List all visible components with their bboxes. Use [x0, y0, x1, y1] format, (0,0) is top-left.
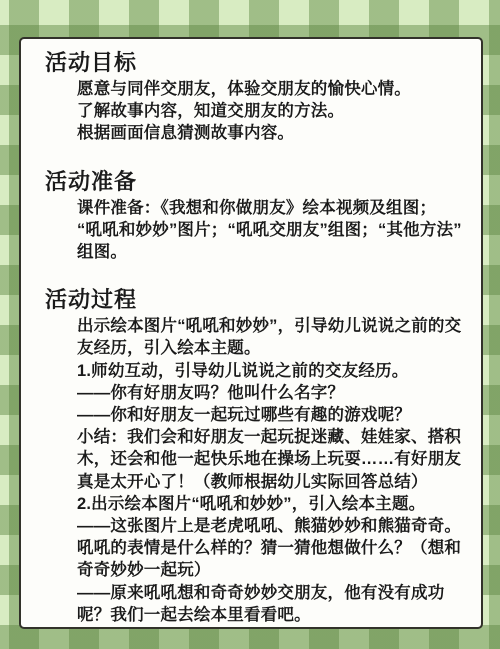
body-line: 课件准备：《我想和你做朋友》绘本视频及组图；	[77, 197, 459, 219]
body-line: 真是太开心了！（教师根据幼儿实际回答总结）	[77, 471, 459, 493]
body-line: ——原来吼吼想和奇奇妙妙交朋友，他有没有成功	[77, 582, 459, 604]
lesson-plan-card: 活动目标 愿意与同伴交朋友，体验交朋友的愉快心情。了解故事内容，知道交朋友的方法…	[19, 37, 483, 629]
body-line: ——你和好朋友一起玩过哪些有趣的游戏呢？	[77, 404, 459, 426]
lesson-section: 活动准备 课件准备：《我想和你做朋友》绘本视频及组图；“吼吼和妙妙”图片；“吼吼…	[45, 169, 459, 264]
lesson-section: 活动目标 愿意与同伴交朋友，体验交朋友的愉快心情。了解故事内容，知道交朋友的方法…	[45, 50, 459, 145]
body-line: 木，还会和他一起快乐地在操场上玩耍……有好朋友	[77, 448, 459, 470]
section-heading: 活动目标	[45, 50, 459, 76]
body-line: 了解故事内容，知道交朋友的方法。	[77, 100, 459, 122]
body-line: 1.师幼互动，引导幼儿说说之前的交友经历。	[77, 360, 459, 382]
body-line: 友经历，引入绘本主题。	[77, 337, 459, 359]
body-line: 根据画面信息猜测故事内容。	[77, 122, 459, 144]
body-line: 组图。	[77, 241, 459, 263]
section-heading: 活动准备	[45, 169, 459, 195]
body-line: “吼吼和妙妙”图片；“吼吼交朋友”组图；“其他方法”	[77, 219, 459, 241]
section-heading: 活动过程	[45, 287, 459, 313]
lesson-section: 活动过程 出示绘本图片“吼吼和妙妙”，引导幼儿说说之前的交友经历，引入绘本主题。…	[45, 287, 459, 626]
body-line: 小结：我们会和好朋友一起玩捉迷藏、娃娃家、搭积	[77, 426, 459, 448]
body-line: 愿意与同伴交朋友，体验交朋友的愉快心情。	[77, 78, 459, 100]
body-line: 出示绘本图片“吼吼和妙妙”，引导幼儿说说之前的交	[77, 315, 459, 337]
body-line: ——这张图片上是老虎吼吼、熊猫妙妙和熊猫奇奇。	[77, 515, 459, 537]
body-line: 奇奇妙妙一起玩）	[77, 559, 459, 581]
body-line: ——你有好朋友吗？他叫什么名字？	[77, 382, 459, 404]
gingham-background: 活动目标 愿意与同伴交朋友，体验交朋友的愉快心情。了解故事内容，知道交朋友的方法…	[0, 0, 500, 649]
section-body: 愿意与同伴交朋友，体验交朋友的愉快心情。了解故事内容，知道交朋友的方法。根据画面…	[77, 78, 459, 145]
section-body: 课件准备：《我想和你做朋友》绘本视频及组图；“吼吼和妙妙”图片；“吼吼交朋友”组…	[77, 197, 459, 264]
body-line: 吼吼的表情是什么样的？猜一猜他想做什么？（想和	[77, 537, 459, 559]
body-line: 2.出示绘本图片“吼吼和妙妙”，引入绘本主题。	[77, 493, 459, 515]
section-body: 出示绘本图片“吼吼和妙妙”，引导幼儿说说之前的交友经历，引入绘本主题。1.师幼互…	[77, 315, 459, 626]
body-line: 呢？我们一起去绘本里看看吧。	[77, 604, 459, 626]
